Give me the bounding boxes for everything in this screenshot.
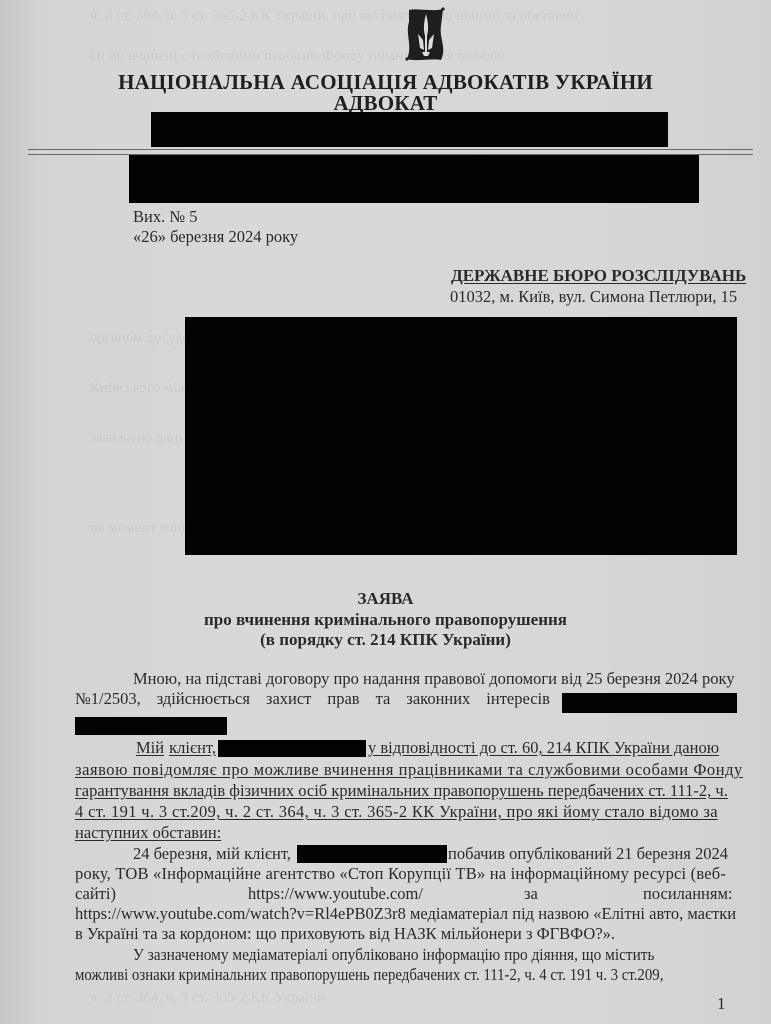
body-p4-line2: можливі ознаки кримінальних правопорушен… (75, 965, 663, 985)
body-p2-line4: 4 ст. 191 ч. 3 ст.209, ч. 2 ст. 364, ч. … (75, 802, 718, 822)
redacted-client-name (297, 845, 447, 863)
body-p3-line4: https://www.youtube.com/watch?v=Rl4ePB0Z… (75, 904, 736, 924)
word: посиланням: (643, 884, 732, 904)
document-subtitle: про вчинення кримінального правопорушенн… (0, 610, 771, 630)
word: за (524, 884, 538, 904)
redacted-attorney-name (151, 112, 668, 147)
document-subtitle-procedure: (в порядку ст. 214 КПК України) (0, 630, 771, 650)
show-through-text: ч. 2 ст. 364, ч. 3 ст. 365-2 КК України (90, 990, 325, 1007)
word: прав (327, 689, 359, 709)
word: Мій (136, 738, 164, 758)
bar-association-emblem-icon (403, 6, 449, 62)
body-p2-line1-end: у відповідності до ст. 60, 214 КПК Украї… (368, 738, 719, 758)
body-p3-line3: сайті) https://www.youtube.com/ за посил… (75, 884, 735, 904)
body-p3-line5: в Україні та за кордоном: що приховують … (75, 924, 615, 944)
show-through-text: ч. 3 ст. 364, ч. 3 ст. 365-2 КК України,… (90, 8, 578, 25)
word: №1/2503, (75, 689, 141, 709)
redacted-applicant-details (185, 317, 737, 555)
redacted-attorney-contacts (129, 155, 699, 203)
document-title: ЗАЯВА (0, 589, 771, 609)
word: клієнт, (169, 738, 216, 758)
word: здійснюється (157, 689, 250, 709)
redacted-client-name (218, 740, 366, 757)
body-p2-line1-start: Мій клієнт, (136, 738, 216, 758)
body-p2-line5: наступних обставин: (75, 823, 221, 843)
word: інтересів (486, 689, 550, 709)
outgoing-date: «26» березня 2024 року (133, 227, 298, 247)
page-number: 1 (717, 994, 726, 1014)
word: та (376, 689, 391, 709)
body-p1-line1: Мною, на підставі договору про надання п… (133, 669, 735, 689)
body-p2-line2: заявою повідомляє про можливе вчинення п… (75, 760, 743, 780)
body-p3-line1-end: побачив опублікований 21 березня 2024 (448, 844, 728, 864)
body-p3-line1-start: 24 березня, мій клієнт, (133, 844, 291, 864)
body-p3-line2: року, ТОВ «Інформаційне агентство «Стоп … (75, 864, 726, 884)
body-p1-line2: №1/2503, здійснюється захист прав та зак… (75, 689, 550, 709)
word: захист (266, 689, 311, 709)
word: законних (406, 689, 470, 709)
outgoing-number: Вих. № 5 (133, 207, 197, 227)
video-link[interactable]: https://www.youtube.com/watch?v=Rl4ePB0Z… (75, 904, 736, 923)
recipient-name: ДЕРЖАВНЕ БЮРО РОЗСЛІДУВАНЬ (451, 266, 746, 286)
redacted-client-name (562, 693, 737, 713)
youtube-link[interactable]: https://www.youtube.com/ (248, 884, 423, 904)
body-p4-line1: У зазначеному медіаматеріалі опублікован… (133, 945, 655, 965)
redacted-client-name-cont (75, 717, 227, 735)
recipient-address: 01032, м. Київ, вул. Симона Петлюри, 15 (450, 287, 737, 307)
body-p2-line3: гарантування вкладів фізичних осіб кримі… (75, 781, 728, 801)
word: сайті) (75, 884, 116, 904)
